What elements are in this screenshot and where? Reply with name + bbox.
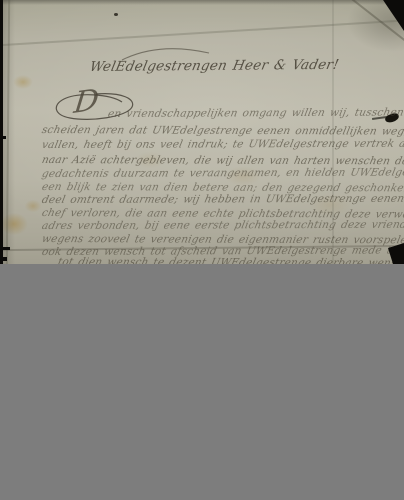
salutation-text: WelEdelgestrengen Heer & Vader! — [88, 57, 340, 75]
handwritten-line: deel omtrent daarmede; wij hebben in UWE… — [41, 192, 404, 206]
handwritten-line: gedachtenis duurzaam te veraangenamen, e… — [41, 166, 404, 180]
handwritten-line: en vriendschappelijken omgang willen wij… — [107, 106, 404, 120]
letter-paper: WelEdelgestrengen Heer & Vader! D en vri… — [0, 0, 404, 264]
handwritten-line: scheiden jaren dat UWEdelgestrenge eenen… — [41, 124, 404, 138]
handwriting-layer: WelEdelgestrengen Heer & Vader! D en vri… — [0, 0, 404, 264]
screenshot-root: WelEdelgestrengen Heer & Vader! D en vri… — [0, 0, 404, 500]
letter-photograph: WelEdelgestrengen Heer & Vader! D en vri… — [0, 0, 404, 264]
grey-cover-block — [0, 264, 404, 500]
handwritten-line: adres verbonden, bij eene eerste plichts… — [41, 218, 404, 232]
handwritten-line: naar Azië achtergebleven, die wij allen … — [41, 154, 404, 168]
drop-cap-initial: D — [72, 83, 101, 121]
handwritten-line-clipped: tot dien wensch te dezent UWEdelgestreng… — [57, 256, 404, 264]
handwritten-line: vallen, heeft bij ons veel indruk; te UW… — [41, 137, 404, 151]
